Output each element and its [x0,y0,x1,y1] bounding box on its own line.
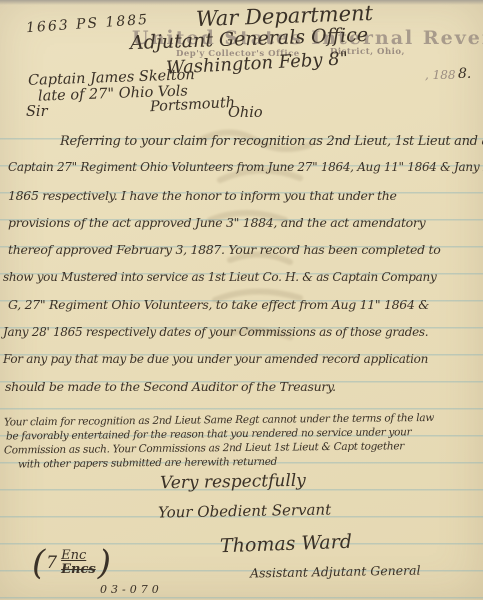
servant-line: Your Obedient Servant [158,500,331,521]
body-line: with other papers submitted are herewith… [18,454,483,471]
body-line: thereof approved February 3, 1887. Your … [8,242,478,257]
addressee-state: Ohio [228,105,263,121]
body-line: should be made to the Second Auditor of … [5,379,475,394]
scan-edge [0,0,483,5]
enclosure-note: ( 7 Enc Encs ) [32,546,111,580]
body-line: G, 27" Regiment Ohio Volunteers, to take… [8,297,478,312]
enclosure-paren-open: ( [32,546,45,580]
letter-page: 1663 PS 1885 United States Internal Reve… [0,0,483,600]
valediction: Very respectfully [160,471,306,494]
printed-year-prefix: , 188 [425,68,456,82]
enclosure-struck-label: Encs [61,563,96,577]
addressee-city: Portsmouth [150,95,236,115]
hw-year-digit: 8. [458,66,471,82]
body-line: Referring to your claim for recognition … [8,134,483,149]
body-line: Jany 28' 1865 respectively dates of your… [3,325,473,339]
signer-title: Assistant Adjutant General [250,563,421,581]
enclosure-label: Enc [61,549,96,563]
file-number: 03-070 [100,583,163,596]
body-line: show you Mustered into service as 1st Li… [3,270,473,284]
enclosure-paren-close: ) [98,546,111,580]
body-line: For any pay that may be due you under yo… [3,352,473,366]
salutation: Sir [26,104,48,120]
enclosure-count: 7 [46,553,57,573]
body-line: 1865 respectively. I have the honor to i… [8,188,478,203]
body-line: Captain 27" Regiment Ohio Volunteers fro… [8,160,478,174]
body-line: provisions of the act approved June 3" 1… [8,215,478,230]
signature: Thomas Ward [220,531,353,558]
